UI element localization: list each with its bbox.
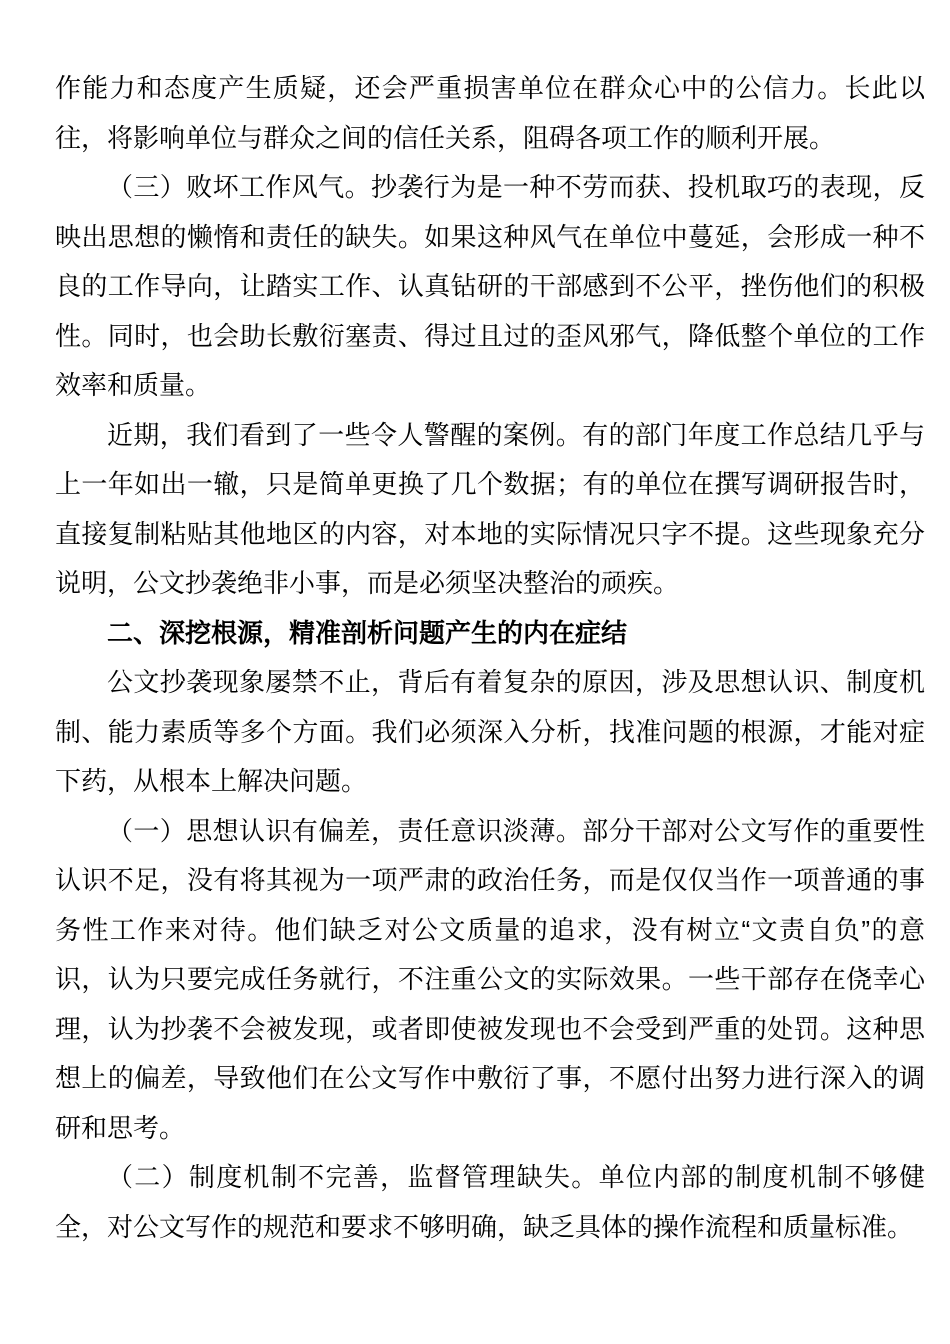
text-line: 作能力和态度产生质疑，还会严重损害单位在群众心中的公信力。长此以 (55, 64, 925, 114)
text-line: 想上的偏差，导致他们在公文写作中敷衍了事，不愿付出努力进行深入的调 (55, 1054, 925, 1104)
text-line: 研和思考。 (55, 1104, 925, 1154)
text-line: 识，认为只要完成任务就行，不注重公文的实际效果。一些干部存在侥幸心 (55, 955, 925, 1005)
text-line: 说明，公文抄袭绝非小事，而是必须坚决整治的顽疾。 (55, 559, 925, 609)
text-line: 效率和质量。 (55, 361, 925, 411)
section-heading: 二、深挖根源，精准剖析问题产生的内在症结 (55, 609, 925, 659)
text-line: 认识不足，没有将其视为一项严肃的政治任务，而是仅仅当作一项普通的事 (55, 856, 925, 906)
text-line: 理，认为抄袭不会被发现，或者即使被发现也不会受到严重的处罚。这种思 (55, 1005, 925, 1055)
text-line: 直接复制粘贴其他地区的内容，对本地的实际情况只字不提。这些现象充分 (55, 510, 925, 560)
document-page: 作能力和态度产生质疑，还会严重损害单位在群众心中的公信力。长此以 往，将影响单位… (0, 0, 950, 1344)
text-line: 性。同时，也会助长敷衍塞责、得过且过的歪风邪气，降低整个单位的工作 (55, 312, 925, 362)
text-line: （三）败坏工作风气。抄袭行为是一种不劳而获、投机取巧的表现，反 (55, 163, 925, 213)
text-line: 上一年如出一辙，只是简单更换了几个数据；有的单位在撰写调研报告时， (55, 460, 925, 510)
text-line: 映出思想的懒惰和责任的缺失。如果这种风气在单位中蔓延，会形成一种不 (55, 213, 925, 263)
text-line: （二）制度机制不完善，监督管理缺失。单位内部的制度机制不够健 (55, 1153, 925, 1203)
text-line: 制、能力素质等多个方面。我们必须深入分析，找准问题的根源，才能对症 (55, 708, 925, 758)
text-line: （一）思想认识有偏差，责任意识淡薄。部分干部对公文写作的重要性 (55, 807, 925, 857)
text-line: 全，对公文写作的规范和要求不够明确，缺乏具体的操作流程和质量标准。 (55, 1203, 925, 1253)
text-line: 下药，从根本上解决问题。 (55, 757, 925, 807)
text-line: 往，将影响单位与群众之间的信任关系，阻碍各项工作的顺利开展。 (55, 114, 925, 164)
text-line: 良的工作导向，让踏实工作、认真钻研的干部感到不公平，挫伤他们的积极 (55, 262, 925, 312)
text-line: 近期，我们看到了一些令人警醒的案例。有的部门年度工作总结几乎与 (55, 411, 925, 461)
text-line: 务性工作来对待。他们缺乏对公文质量的追求，没有树立“文责自负”的意 (55, 906, 925, 956)
text-line: 公文抄袭现象屡禁不止，背后有着复杂的原因，涉及思想认识、制度机 (55, 658, 925, 708)
